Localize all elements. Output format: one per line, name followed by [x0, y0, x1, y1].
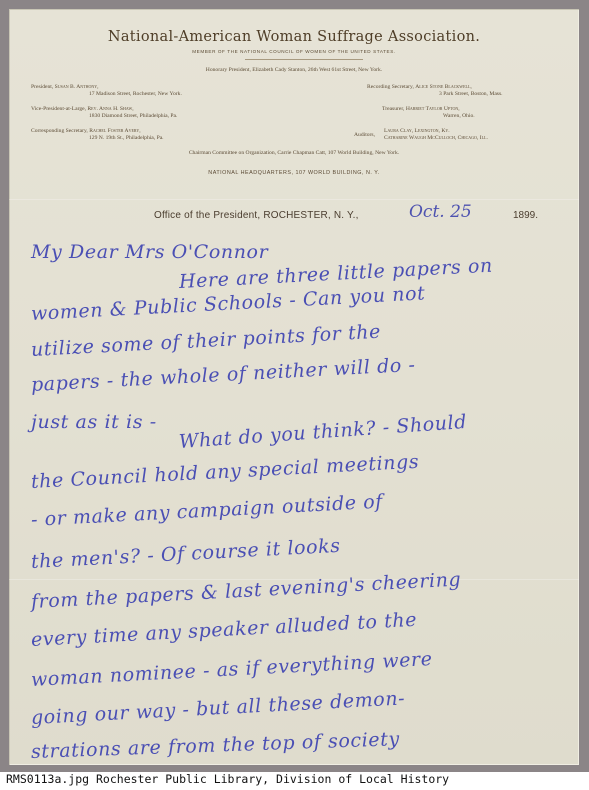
officer-auditors-label: Auditors,	[354, 132, 375, 139]
officer-role: President,	[31, 84, 53, 90]
officer-role: Recording Secretary,	[367, 84, 414, 90]
officer-address: 129 N. 19th St., Philadelphia, Pa.	[89, 135, 164, 142]
dateline-date: Oct. 25	[409, 202, 472, 222]
officer-role: Corresponding Secretary,	[31, 128, 88, 134]
letter-line: What do you think? - Should	[178, 411, 467, 453]
dateline-year: 1899.	[513, 210, 538, 221]
salutation: My Dear Mrs O'Connor	[31, 241, 268, 263]
officer-name: Alice Stone Blackwell,	[415, 84, 472, 90]
auditor-1: Laura Clay, Lexington, Ky.	[384, 128, 450, 135]
paper-fold	[9, 199, 579, 200]
letter-line: woman nominee - as if everything were	[30, 648, 433, 691]
dateline-office: Office of the President, ROCHESTER, N. Y…	[154, 210, 359, 221]
image-caption: RMS0113a.jpg Rochester Public Library, D…	[6, 772, 449, 786]
officer-address: 1830 Diamond Street, Philadelphia, Pa.	[89, 113, 177, 120]
letter-line: the men's? - Of course it looks	[30, 535, 341, 573]
officer-corresponding-secretary: Corresponding Secretary, Rachel Foster A…	[31, 128, 141, 135]
auditor-2: Catharine Waugh McCulloch, Chicago, Ill.	[384, 135, 488, 142]
officer-name: Rachel Foster Avery,	[89, 128, 140, 134]
officer-role: Treasurer,	[382, 106, 404, 112]
officer-president: President, Susan B. Anthony,	[31, 84, 99, 91]
officer-address: Warren, Ohio.	[443, 113, 475, 120]
national-headquarters: NATIONAL HEADQUARTERS, 107 WORLD BUILDIN…	[9, 170, 579, 176]
letter-line: every time any speaker alluded to the	[30, 609, 417, 651]
letter-line: the Council hold any special meetings	[30, 451, 419, 493]
officer-vice-president: Vice-President-at-Large, Rev. Anna H. Sh…	[31, 106, 134, 113]
officer-name: Susan B. Anthony,	[55, 84, 99, 90]
letterhead-member-line: Member of the National Council of Women …	[9, 49, 579, 54]
letter-line: from the papers & last evening's cheerin…	[30, 568, 461, 613]
chairman-organization: Chairman Committee on Organization, Carr…	[9, 150, 579, 157]
letter-line: strations are from the top of society	[31, 728, 400, 763]
letter-page: National-American Woman Suffrage Associa…	[9, 9, 579, 765]
officer-role: Vice-President-at-Large,	[31, 106, 86, 112]
letter-line: papers - the whole of neither will do -	[30, 354, 416, 396]
honorary-president: Honorary President, Elizabeth Cady Stant…	[9, 67, 579, 74]
officer-name: Rev. Anna H. Shaw,	[87, 106, 133, 112]
officer-address: 17 Madison Street, Rochester, New York.	[89, 91, 182, 98]
letterhead-divider	[245, 59, 363, 60]
officer-name: Harriet Taylor Upton,	[406, 106, 460, 112]
letter-line: going our way - but all these demon-	[30, 687, 405, 729]
officer-address: 3 Park Street, Boston, Mass.	[439, 91, 503, 98]
letter-line: utilize some of their points for the	[30, 321, 381, 361]
officer-recording-secretary: Recording Secretary, Alice Stone Blackwe…	[367, 84, 472, 91]
letterhead-title: National-American Woman Suffrage Associa…	[9, 29, 579, 45]
letter-line-text: papers - the whole of neither will do -	[30, 354, 416, 396]
letter-line: just as it is -	[31, 411, 157, 433]
officer-treasurer: Treasurer, Harriet Taylor Upton,	[382, 106, 460, 113]
letter-line: - or make any campaign outside of	[30, 491, 383, 531]
scan-frame: National-American Woman Suffrage Associa…	[0, 0, 589, 772]
